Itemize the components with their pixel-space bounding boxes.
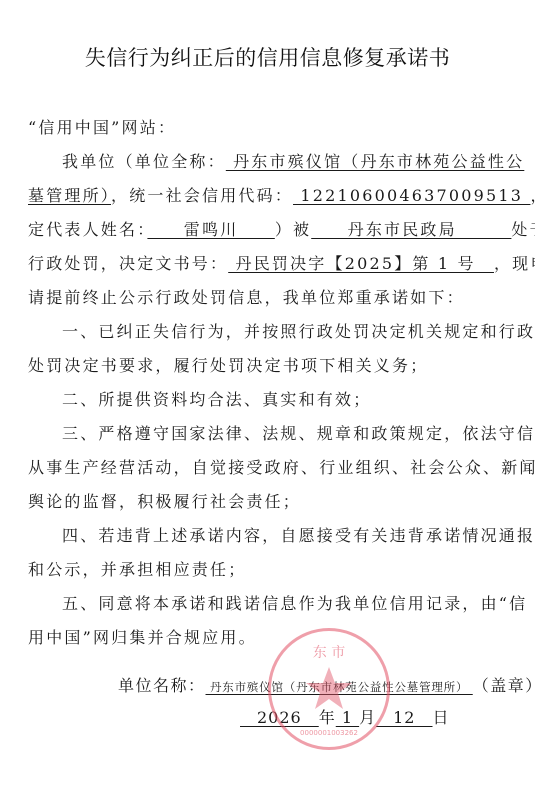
para1-line4: 行政处罚，决定文书号： 丹民罚决字【2025】第 1 号 ，现申 (28, 254, 535, 274)
date-year: 2026 (240, 708, 319, 727)
decision-no-value: 丹民罚决字【2025】第 1 号 (228, 254, 494, 273)
text-fragment: 处于 (511, 220, 535, 239)
item-2-line1: 二、所提供资料均合法、真实和有效； (62, 390, 371, 410)
signature-unit-name: 丹东市殡仪馆（丹东市林苑公益性公墓管理所） (206, 680, 473, 694)
unit-full-name-part1: 丹东市殡仪馆（丹东市林苑公益性公 (226, 152, 525, 171)
signature-line: 单位名称： 丹东市殡仪馆（丹东市林苑公益性公墓管理所） （盖章） (118, 676, 535, 697)
label-legal-rep: 定代表人姓名： (28, 220, 147, 239)
label-unit-full-name: 我单位（单位全称： (62, 152, 226, 171)
date-month: 1 (336, 708, 359, 727)
item-3-line3: 舆论的监督，积极履行社会责任； (28, 492, 301, 512)
para1-line1: 我单位（单位全称： 丹东市殡仪馆（丹东市林苑公益性公 (62, 152, 524, 172)
text-fragment: ，法 (530, 186, 535, 205)
label-credit-code: ，统一社会信用代码： (111, 186, 293, 205)
item-3-line2: 从事生产经营活动，自觉接受政府、行业组织、社会公众、新闻 (28, 458, 535, 478)
document-title: 失信行为纠正后的信用信息修复承诺书 (0, 42, 535, 72)
text-fragment: ，现申 (494, 254, 535, 273)
label-decision-no: 行政处罚，决定文书号： (28, 254, 228, 273)
item-5-line2: 用中国”网归集并合规应用。 (28, 628, 257, 648)
date-line: 2026 年 1 月 12 日 (240, 708, 450, 728)
salutation: “信用中国”网站： (28, 118, 176, 138)
year-label: 年 (319, 708, 336, 727)
unit-full-name-part2: 墓管理所） (28, 186, 111, 205)
legal-rep-value: 雷鸣川 (147, 220, 274, 239)
para1-line3: 定代表人姓名： 雷鸣川 ）被 丹东市民政局 处于 (28, 220, 535, 240)
item-5-line1: 五、同意将本承诺和践诺信息作为我单位信用记录，由“信 (62, 594, 527, 614)
item-3-line1: 三、严格遵守国家法律、法规、规章和政策规定，依法守信 (62, 424, 535, 444)
credit-code-value: 122106004637009513 (293, 186, 530, 205)
item-4-line1: 四、若违背上述承诺内容，自愿接受有关违背承诺情况通报 (62, 526, 535, 546)
label-unit-name: 单位名称： (118, 676, 206, 695)
item-4-line2: 和公示，并承担相应责任； (28, 560, 246, 580)
date-day: 12 (376, 708, 432, 727)
seal-note: （盖章） (473, 676, 535, 695)
svg-text:0000001003262: 0000001003262 (300, 729, 358, 737)
authority-value: 丹东市民政局 (311, 220, 511, 239)
item-1-line2: 处罚决定书要求，履行处罚决定书项下相关义务； (28, 356, 428, 376)
item-1-line1: 一、已纠正失信行为，并按照行政处罚决定机关规定和行政 (62, 322, 535, 342)
text-fragment: ）被 (275, 220, 311, 239)
svg-text:东 市: 东 市 (313, 645, 345, 661)
para1-line2: 墓管理所），统一社会信用代码： 122106004637009513 ，法 (28, 186, 535, 206)
month-label: 月 (359, 708, 376, 727)
para1-line5: 请提前终止公示行政处罚信息，我单位郑重承诺如下： (28, 288, 465, 308)
day-label: 日 (433, 708, 450, 727)
